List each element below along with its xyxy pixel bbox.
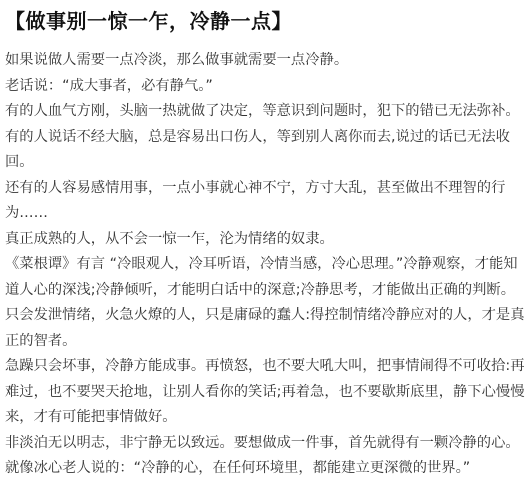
article: 【做事别一惊一乍，冷静一点】 如果说做人需要一点冷淡，那么做事就需要一点冷静。 … bbox=[0, 0, 530, 482]
paragraph: 只会发泄情绪，火急火燎的人，只是庸碌的蠢人:得控制情绪冷静应对的人，才是真正的智… bbox=[5, 303, 527, 354]
paragraph: 老话说：“成大事者，必有静气。” bbox=[5, 74, 527, 100]
paragraph: 《菜根谭》有言 “冷眼观人，冷耳听语，冷情当感，冷心思理。”冷静观察，才能知道人… bbox=[5, 252, 527, 303]
paragraph: 还有的人容易感情用事，一点小事就心神不宁，方寸大乱，甚至做出不理智的行为…… bbox=[5, 176, 527, 227]
paragraph: 真正成熟的人，从不会一惊一乍，沦为情绪的奴隶。 bbox=[5, 227, 527, 253]
paragraph: 非淡泊无以明志，非宁静无以致远。要想做成一件事，首先就得有一颗冷静的心。 bbox=[5, 431, 527, 457]
paragraph: 就像冰心老人说的：“冷静的心，在任何环境里，都能建立更深微的世界。” bbox=[5, 456, 527, 482]
article-title: 【做事别一惊一乍，冷静一点】 bbox=[5, 8, 527, 34]
article-body: 如果说做人需要一点冷淡，那么做事就需要一点冷静。 老话说：“成大事者，必有静气。… bbox=[5, 48, 527, 482]
paragraph: 有的人说话不经大脑，总是容易出口伤人，等到别人离你而去,说过的话已无法收回。 bbox=[5, 125, 527, 176]
paragraph: 有的人血气方刚，头脑一热就做了决定，等意识到问题时，犯下的错已无法弥补。 bbox=[5, 99, 527, 125]
paragraph: 如果说做人需要一点冷淡，那么做事就需要一点冷静。 bbox=[5, 48, 527, 74]
paragraph: 急躁只会坏事，冷静方能成事。再愤怒，也不要大吼大叫，把事情闹得不可收拾:再难过，… bbox=[5, 354, 527, 431]
